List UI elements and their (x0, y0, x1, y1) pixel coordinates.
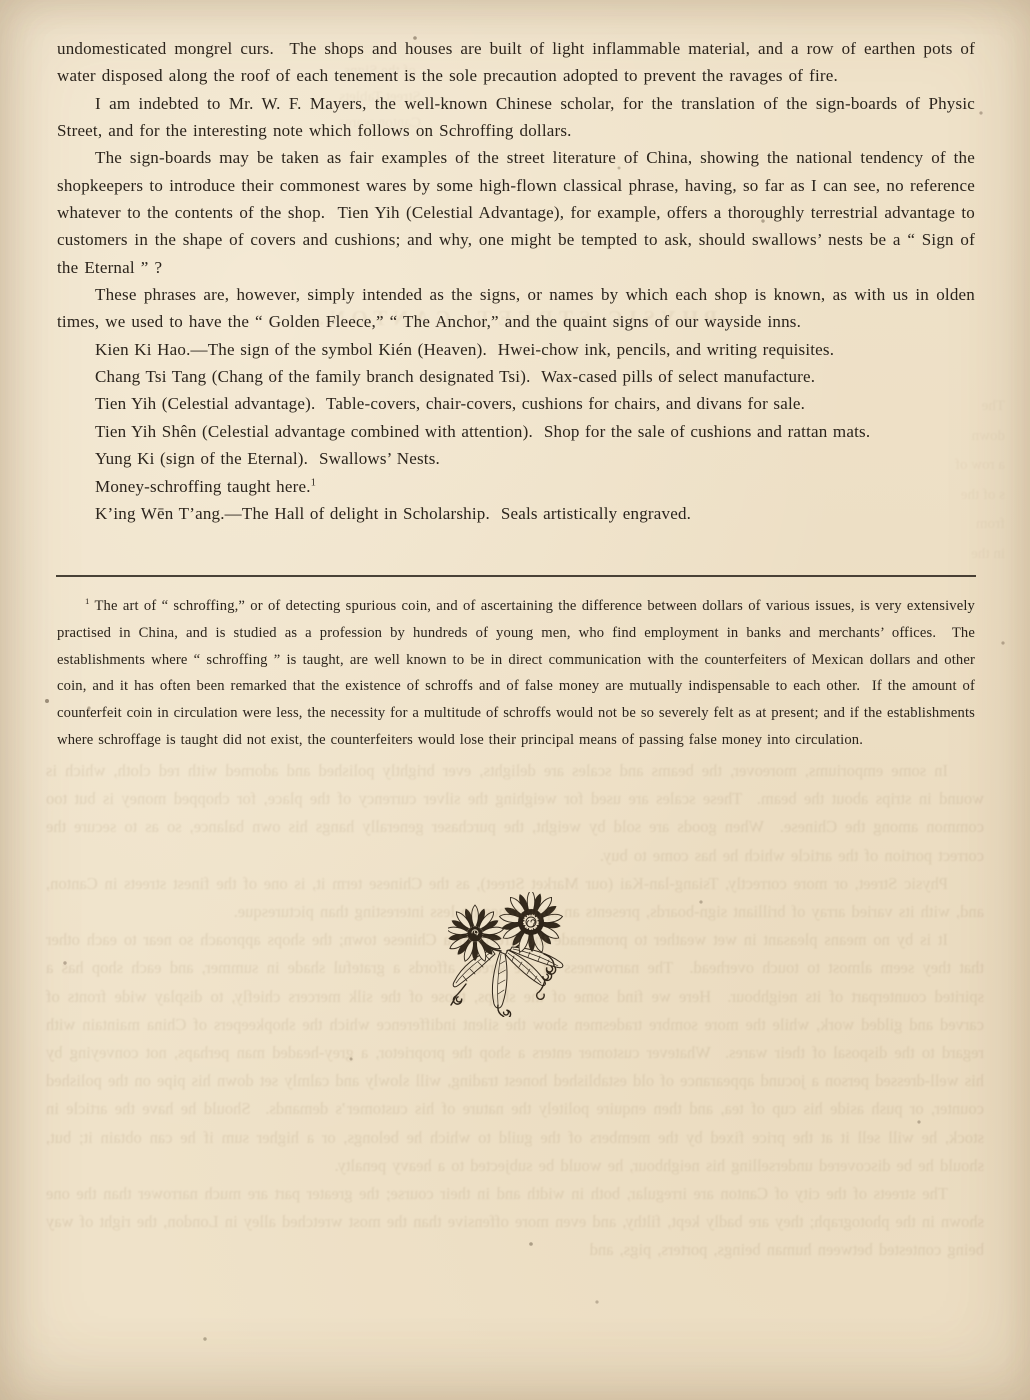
sign-list-item: Kien Ki Hao.—The sign of the symbol Kién… (57, 336, 975, 363)
paragraph: The sign-boards may be taken as fair exa… (57, 144, 975, 281)
show-through-paragraph: In some emporiums, moreover, the beams a… (46, 757, 984, 870)
sign-list-item: Tien Yih (Celestial advantage). Table-co… (57, 390, 975, 417)
footnote-block: 1 The art of “ schroffing,” or of detect… (57, 593, 975, 754)
scanned-book-page: of the SignsStreet TabletsCanton wares P… (0, 0, 1030, 1400)
sign-list-item: Tien Yih Shên (Celestial advantage combi… (57, 418, 975, 445)
sign-list-item: Chang Tsi Tang (Chang of the family bran… (57, 363, 975, 390)
paragraph: undomesticated mongrel curs. The shops a… (57, 35, 975, 90)
body-paragraphs: undomesticated mongrel curs. The shops a… (57, 35, 975, 336)
paragraph: I am indebted to Mr. W. F. Mayers, the w… (57, 90, 975, 145)
footnote-text: 1 The art of “ schroffing,” or of detect… (57, 593, 975, 754)
sign-list: Kien Ki Hao.—The sign of the symbol Kién… (57, 336, 975, 527)
paper-specks (0, 0, 2, 2)
main-text-block: undomesticated mongrel curs. The shops a… (57, 35, 975, 527)
sign-list-item: K’ing Wēn T’ang.—The Hall of delight in … (57, 500, 975, 527)
sign-list-item: Yung Ki (sign of the Eternal). Swallows’… (57, 445, 975, 472)
sign-list-item: Money-schroffing taught here.1 (57, 473, 975, 500)
footnote-divider-rule (56, 575, 976, 577)
passion-flower-engraving (448, 892, 598, 1017)
show-through-fragment: in the (845, 540, 1005, 570)
footnote-body: The art of “ schroffing,” or of detectin… (57, 598, 975, 748)
footnote-reference: 1 (311, 477, 316, 488)
show-through-paragraph: The streets of the city of Canton are ir… (46, 1180, 984, 1265)
paragraph: These phrases are, however, simply inten… (57, 281, 975, 336)
